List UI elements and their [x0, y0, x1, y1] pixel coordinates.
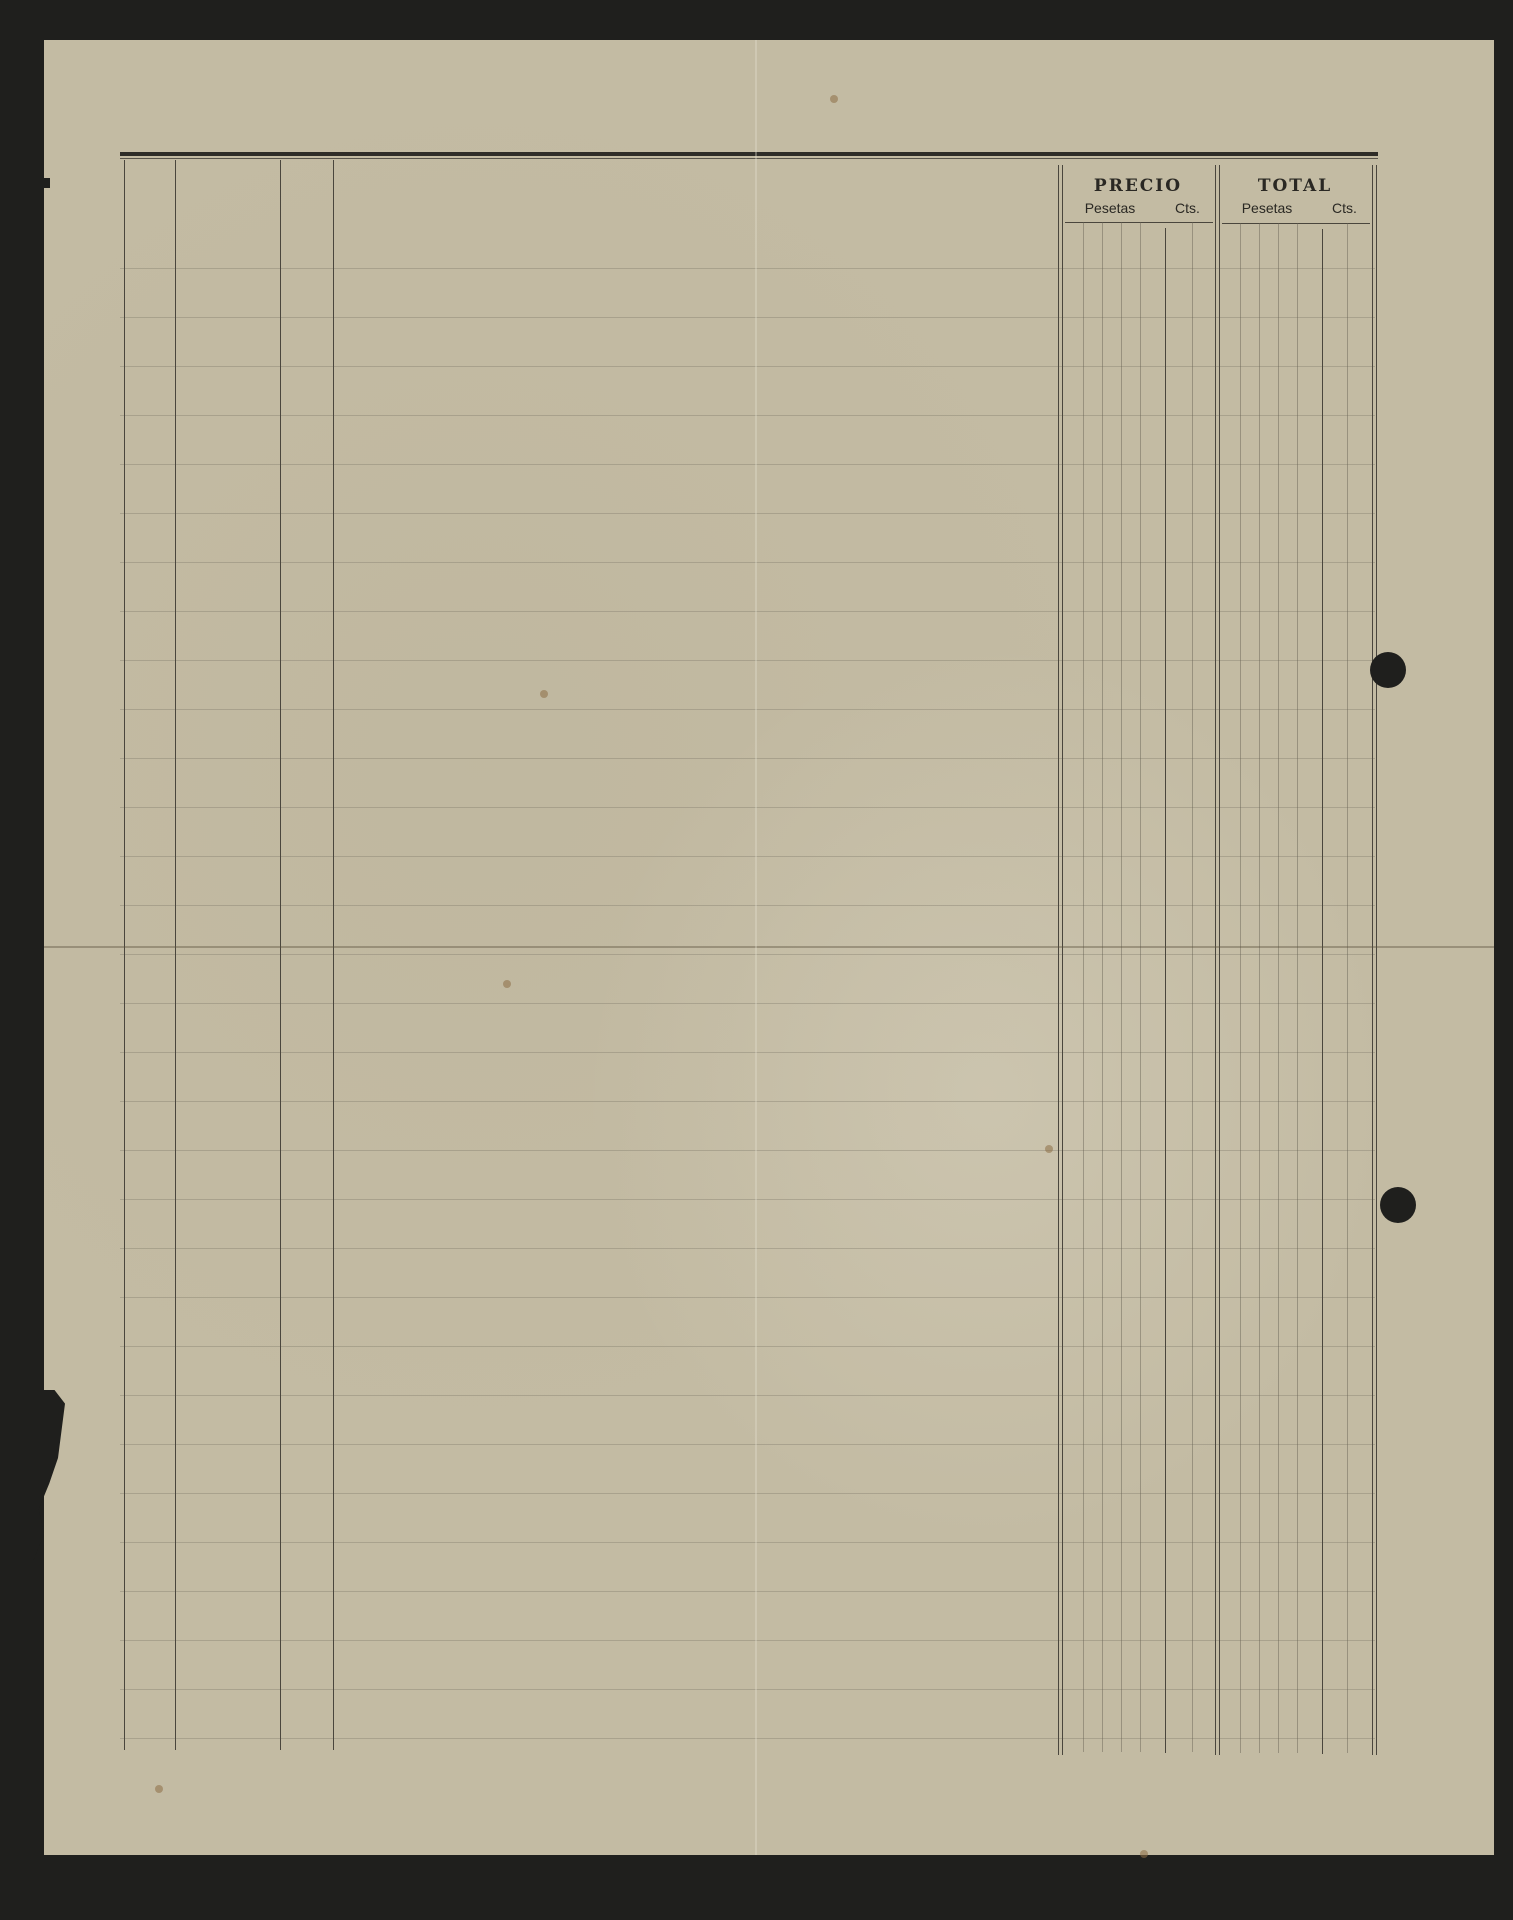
precio-left-border	[1058, 165, 1059, 1755]
total-cts-label: Cts.	[1322, 200, 1367, 216]
stain-spot	[503, 980, 511, 988]
precio-cts-label: Cts.	[1165, 200, 1210, 216]
header-top-thin-rule	[120, 158, 1378, 159]
left-column-line-3	[280, 160, 281, 1750]
header-top-rule	[120, 152, 1378, 156]
precio-header: PRECIO	[1063, 176, 1213, 196]
total-right-border	[1372, 165, 1373, 1755]
left-column-line-2	[175, 160, 176, 1750]
horizontal-ruled-lines	[120, 220, 1375, 1750]
total-pesetas-label: Pesetas	[1227, 200, 1307, 216]
total-cts-divider	[1322, 229, 1323, 1754]
total-left-border	[1215, 165, 1216, 1755]
precio-grid-2	[1102, 222, 1103, 1752]
horizontal-fold-crease	[44, 946, 1494, 948]
precio-grid-5	[1192, 222, 1193, 1752]
total-grid-2	[1259, 223, 1260, 1753]
total-grid-1	[1240, 223, 1241, 1753]
total-left-border-2	[1219, 165, 1220, 1755]
precio-pesetas-label: Pesetas	[1070, 200, 1150, 216]
precio-grid-1	[1083, 222, 1084, 1752]
stain-spot	[1140, 1850, 1148, 1858]
stain-spot	[830, 95, 838, 103]
vertical-fold-crease	[755, 40, 757, 1855]
total-right-border-2	[1376, 165, 1377, 1755]
total-header: TOTAL	[1220, 176, 1370, 196]
edge-notch	[40, 178, 50, 188]
total-grid-4	[1297, 223, 1298, 1753]
punch-hole-bottom	[1380, 1187, 1416, 1223]
precio-cts-divider	[1165, 228, 1166, 1753]
stain-spot	[155, 1785, 163, 1793]
stain-spot	[540, 690, 548, 698]
left-column-line-1	[124, 160, 125, 1750]
precio-left-border-2	[1062, 165, 1063, 1755]
stain-spot	[1045, 1145, 1053, 1153]
precio-header-underline	[1065, 222, 1213, 223]
precio-grid-3	[1121, 222, 1122, 1752]
total-grid-3	[1278, 223, 1279, 1753]
punch-hole-top	[1370, 652, 1406, 688]
precio-grid-4	[1140, 222, 1141, 1752]
left-column-line-4	[333, 160, 334, 1750]
total-grid-5	[1347, 223, 1348, 1753]
